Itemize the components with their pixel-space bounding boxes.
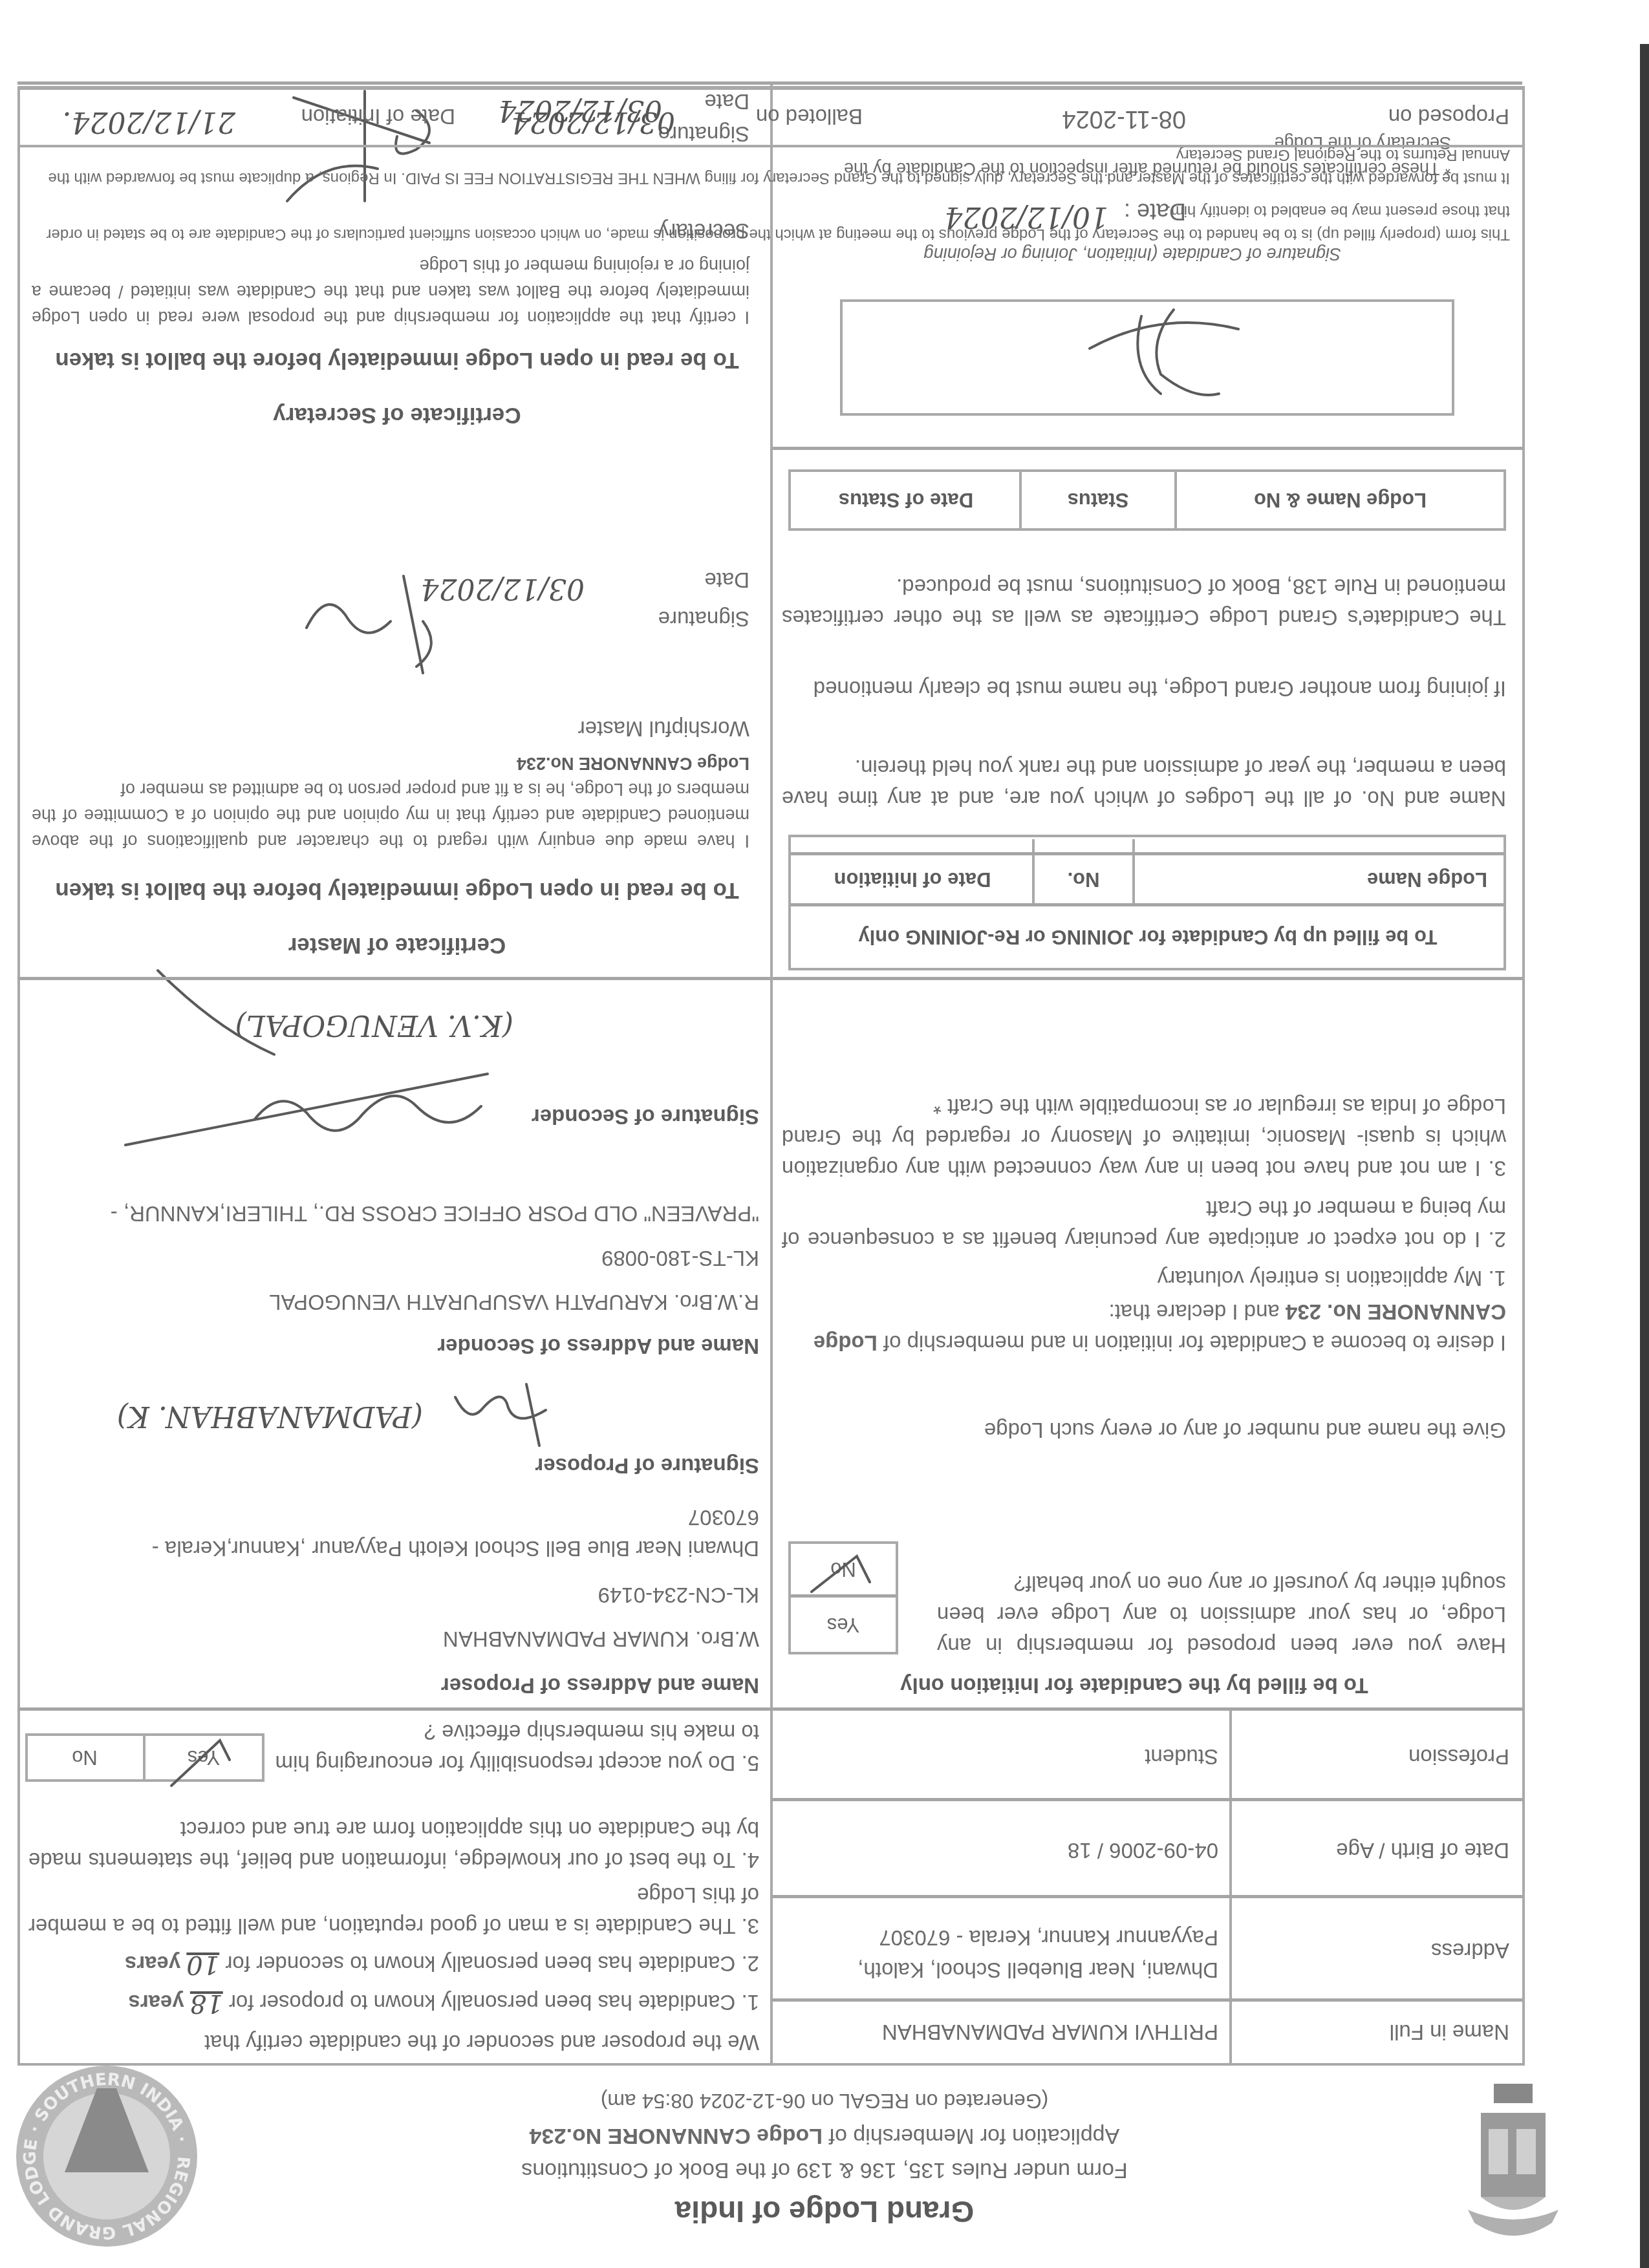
proposed-on-label: Proposed on [1388, 101, 1509, 132]
rules-subtitle: Form under Rules 135, 136 & 139 of the B… [0, 2157, 1649, 2183]
secretary-heading: Certificate of Secretary [35, 400, 759, 431]
item5-yes-no-box: Yes No [25, 1733, 264, 1782]
joining-para-1: Name and No. of all the Lodges of which … [782, 752, 1506, 814]
proposer-signature-heading: Signature of Proposer [535, 1450, 759, 1481]
joining-table: To be filled up by Candidate for JOINING… [788, 835, 1506, 970]
master-date-value: 03/12/2024 [420, 572, 585, 605]
certify-item-1: 1. Candidate has been personally known t… [28, 1987, 759, 2019]
proposer-printed-name: (PADMANABHAN. K) [117, 1400, 423, 1433]
address-line1: Dhwani, Near Bluebell School, Kaloth, [857, 1954, 1218, 1985]
regional-grand-lodge-seal-icon: REGIONAL GRAND LODGE · SOUTHERN INDIA · [13, 2062, 200, 2250]
seconder-signature-icon [100, 1048, 488, 1145]
application-form-page: Grand Lodge of India Form under Rules 13… [0, 0, 1649, 2268]
master-subheading: To be read in open Lodge immediately bef… [35, 875, 759, 906]
certify-item-3: 3. The Candidate is a man of good reputa… [28, 1879, 759, 1942]
proposer-reg-no: KL-CN-234-0149 [598, 1579, 759, 1610]
proposer-heading: Name and Address of Proposer [441, 1670, 759, 1701]
item5-no-option[interactable]: No [27, 1735, 143, 1779]
seconder-reg-no: KL-TS-180-0089 [601, 1243, 759, 1274]
col-no: No. [1035, 855, 1132, 904]
certify-item-5: 5. Do you accept responsibility for enco… [268, 1717, 759, 1779]
proposed-on-value: 08-11-2024 [1062, 103, 1186, 134]
joining-para-2: If joining from another Grand Lodge, the… [782, 673, 1506, 704]
generated-timestamp: (Generated on REGAL on 06-12-2024 08:54 … [0, 2089, 1649, 2113]
checkmark-icon [165, 1728, 236, 1786]
col-status: Status [1022, 471, 1174, 528]
address-label: Address [1431, 1935, 1509, 1966]
col-lodge-name-no: Lodge Name & No [1177, 471, 1503, 528]
seconder-name: R.W.Bro. KARUPATH VASUPURATH VENUGOPAL [269, 1287, 759, 1318]
scan-edge [1640, 44, 1649, 2268]
joining-heading: To be filled up by Candidate for JOINING… [792, 906, 1503, 968]
status-table: Lodge Name & No Status Date of Status [788, 469, 1506, 531]
declaration-2: 2. I do not expect or anticipate any pec… [782, 1193, 1506, 1255]
proposer-address-1: Dhwani Near Blue Bell School Keloth Payy… [28, 1533, 759, 1564]
profession-value: Student [1145, 1741, 1218, 1772]
date-of-initiation-label: Date of Initiation [301, 101, 455, 132]
candidate-signature-box[interactable] [840, 299, 1454, 416]
col-date-of-status: Date of Status [793, 471, 1019, 528]
checkmark-icon [805, 1543, 876, 1595]
master-lodge: Lodge CANNANORE No.234 [517, 751, 749, 776]
footer-note-1: This form (properly filled up) is to be … [29, 199, 1510, 246]
footer-note-2: It must be forwarded with the certificat… [29, 143, 1510, 189]
initiation-yes-option[interactable]: Yes [791, 1598, 896, 1652]
master-signature-label: Signature [658, 603, 749, 634]
initiation-yes-no-box: Yes No [788, 1541, 898, 1654]
candidate-signature-icon [1064, 303, 1258, 407]
certify-item-4: 4. To the best of our knowledge, informa… [28, 1813, 759, 1876]
joining-para-3: The Candidate's Grand Lodge Certificate … [782, 571, 1506, 633]
declaration-1: 1. My application is entirely voluntary [782, 1263, 1506, 1294]
proposer-signature-icon [449, 1378, 552, 1449]
date-of-initiation-value: 21/12/2024. [62, 105, 235, 138]
certify-intro: We the proposer and seconder of the cand… [35, 2027, 759, 2058]
dates-row: Proposed on 08-11-2024 Balloted on 03/12… [17, 86, 1525, 147]
balloted-on-value: 03/12/2024 [511, 105, 675, 138]
col-date-of-initiation: Date of Initiation [793, 855, 1032, 904]
master-title: Worshipful Master [578, 713, 749, 744]
application-subtitle: Application for Membership of Lodge CANN… [0, 2123, 1649, 2148]
master-body: I have made due enquiry with regard to t… [32, 776, 749, 854]
address-line2: Payyannur Kannur, Kerala - 670307 [879, 1922, 1218, 1953]
name-value: PRITHVI KUMAR PADMANABHAN [882, 2017, 1218, 2048]
seconder-address: "PRAVEEN" OLD POSR OFFICE CROSS RD., THI… [28, 1198, 759, 1229]
seconder-heading: Name and Address of Seconder [437, 1331, 759, 1362]
dob-label: Date of Birth / Age [1336, 1835, 1509, 1866]
dob-value: 04-09-2006 / 18 [1068, 1835, 1218, 1866]
master-heading: Certificate of Master [35, 930, 759, 961]
initiation-question: Have you ever been proposed for membersh… [937, 1568, 1506, 1661]
seconder-signature-heading: Signature of Seconder [532, 1101, 759, 1132]
balloted-on-label: Balloted on [756, 101, 863, 132]
col-lodge-name: Lodge Name [1119, 855, 1503, 904]
give-lodge-name-instruction: Give the name and number of any or every… [795, 1415, 1506, 1446]
secretary-subheading: To be read in open Lodge immediately bef… [35, 345, 759, 376]
profession-label: Profession [1408, 1741, 1509, 1772]
proposer-address-2: 670307 [688, 1502, 759, 1533]
declaration-3: 3. I am not and have not been in any way… [782, 1091, 1506, 1184]
application-form: Name in Full PRITHVI KUMAR PADMANABHAN A… [17, 87, 1525, 2066]
name-label: Name in Full [1390, 2017, 1509, 2048]
initiation-heading: To be filled by the Candidate for Initia… [785, 1670, 1483, 1701]
secretary-body: I certify that the application for membe… [32, 253, 749, 330]
certify-item-2: 2. Candidate has been personally known t… [28, 1948, 759, 1980]
master-date-label: Date [704, 564, 749, 595]
declaration-intro: I desire to become a Candidate for initi… [782, 1296, 1506, 1358]
document-title: Grand Lodge of India [0, 2194, 1649, 2229]
proposer-name: W.Bro. KUMAR PADMANABHAN [443, 1623, 759, 1654]
